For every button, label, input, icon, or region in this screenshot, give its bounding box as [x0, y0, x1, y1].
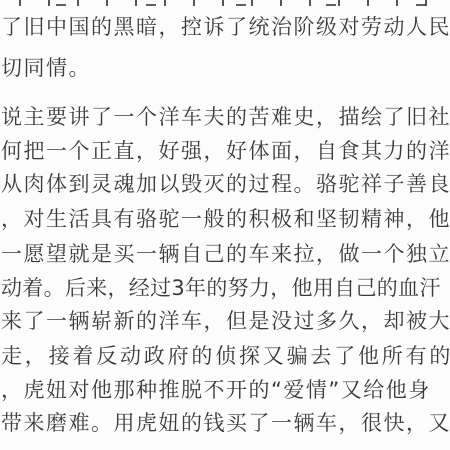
handwritten-text-line: ，虎妞对他那种推脱不开的“爱情”又给他身	[1, 377, 431, 403]
handwritten-document-page: 了旧中国的黑暗，控诉了统治阶级对劳动人民 切同情。 说主要讲了一个洋车夫的苦难史…	[0, 0, 450, 450]
handwritten-text-line: 动着。后来，经过3年的努力，他用自己的血汗	[1, 275, 441, 301]
handwritten-text-line: 一愿望就是买一辆自己的车来拉，做一个独立	[1, 241, 450, 267]
handwritten-text-line: 了旧中国的黑暗，控诉了统治阶级对劳动人民	[1, 14, 450, 40]
handwritten-text-line: 从肉体到灵魂加以毁灭的过程。骆驼祥子善良	[1, 171, 450, 197]
handwritten-text-line: 切同情。	[1, 55, 91, 81]
handwritten-text-line: 带来磨难。用虎妞的钱买了一辆车，很快，又	[1, 410, 450, 436]
handwritten-text-line: ，对生活具有骆驼一般的积极和坚韧精神，他	[1, 206, 450, 232]
handwritten-text-line: 何把一个正直，好强，好体面，自食其力的洋	[1, 138, 450, 164]
clipped-line-stroke-fragments	[0, 0, 450, 8]
handwritten-text-line: 说主要讲了一个洋车夫的苦难史，描绘了旧社	[1, 104, 450, 130]
handwritten-text-line: 走，接着反动政府的侦探又骗去了他所有的	[1, 343, 450, 369]
handwritten-text-line: 来了一辆崭新的洋车，但是没过多久，却被大	[1, 308, 450, 334]
